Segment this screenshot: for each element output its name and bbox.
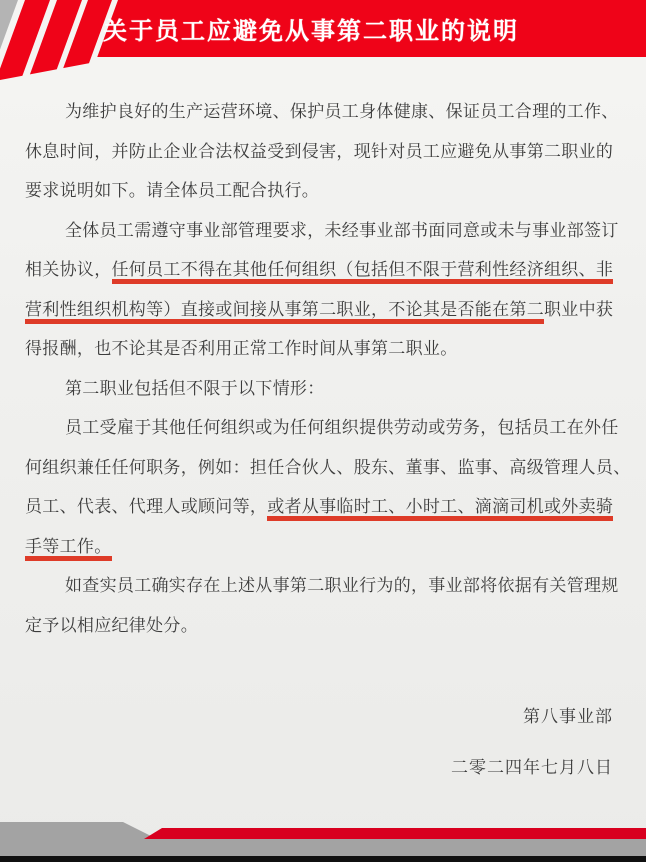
underlined-text: 或者从事临时工、小时工、滴滴司机或外卖骑: [267, 497, 613, 521]
text-run: 全体员工需遵守事业部管理要求，未经事业部书面同意或未与事业部签订: [65, 221, 619, 240]
doc-line: 员工受雇于其他任何组织或为任何组织提供劳动或劳务，包括员工在外任: [25, 408, 613, 448]
doc-line: 得报酬，也不论其是否利用正常工作时间从事第二职业。: [25, 329, 613, 369]
doc-line: 要求说明如下。请全体员工配合执行。: [25, 171, 613, 211]
text-run: 为维护良好的生产运营环境、保护员工身体健康、保证员工合理的工作、: [65, 102, 619, 121]
doc-line: 为维护良好的生产运营环境、保护员工身体健康、保证员工合理的工作、: [25, 92, 613, 132]
text-run: 员工、代表、代理人或顾问等，: [25, 497, 267, 516]
signature-department: 第八事业部: [25, 697, 613, 736]
doc-line: 定予以相应纪律处分。: [25, 606, 613, 646]
doc-line: 营利性组织机构等）直接或间接从事第二职业，不论其是否能在第二职业中获: [25, 290, 613, 330]
footer-black-bar: [0, 856, 646, 862]
doc-line: 全体员工需遵守事业部管理要求，未经事业部书面同意或未与事业部签订: [25, 211, 613, 251]
doc-line: 何组织兼任任何职务，例如：担任合伙人、股东、董事、监事、高级管理人员、: [25, 448, 613, 488]
text-run: 要求说明如下。请全体员工配合执行。: [25, 181, 319, 200]
text-run: 定予以相应纪律处分。: [25, 616, 198, 635]
text-run: 如查实员工确实存在上述从事第二职业行为的，事业部将依据有关管理规: [65, 576, 619, 595]
text-run: 第二职业包括但不限于以下情形：: [65, 379, 325, 398]
doc-line: 如查实员工确实存在上述从事第二职业行为的，事业部将依据有关管理规: [25, 566, 613, 606]
signature-date: 二零二四年七月八日: [25, 748, 613, 787]
text-run: 何组织兼任任何职务，例如：担任合伙人、股东、董事、监事、高级管理人员、: [25, 458, 631, 477]
text-run: 职业中获: [544, 300, 613, 319]
doc-line: 相关协议，任何员工不得在其他任何组织（包括但不限于营利性经济组织、非: [25, 250, 613, 290]
doc-line: 员工、代表、代理人或顾问等，或者从事临时工、小时工、滴滴司机或外卖骑: [25, 487, 613, 527]
signature-block: 第八事业部 二零二四年七月八日: [25, 697, 613, 787]
underlined-text: 手等工作。: [25, 537, 112, 561]
footer-gray-wedge: [0, 822, 170, 839]
document-title: 关于员工应避免从事第二职业的说明: [0, 0, 634, 57]
text-run: 休息时间，并防止企业合法权益受到侵害，现针对员工应避免从事第二职业的: [25, 142, 613, 161]
doc-line: 第二职业包括但不限于以下情形：: [25, 369, 613, 409]
doc-line: 休息时间，并防止企业合法权益受到侵害，现针对员工应避免从事第二职业的: [25, 132, 613, 172]
underlined-text: 任何员工不得在其他任何组织（包括但不限于营利性经济组织、非: [112, 260, 614, 284]
document-body: 为维护良好的生产运营环境、保护员工身体健康、保证员工合理的工作、 休息时间，并防…: [25, 92, 613, 645]
text-run: 得报酬，也不论其是否利用正常工作时间从事第二职业。: [25, 339, 458, 358]
text-run: 相关协议，: [25, 260, 112, 279]
underlined-text: 营利性组织机构等）直接或间接从事第二职业，不论其是否能在第二: [25, 300, 544, 324]
text-run: 员工受雇于其他任何组织或为任何组织提供劳动或劳务，包括员工在外任: [65, 418, 619, 437]
doc-line: 手等工作。: [25, 527, 613, 567]
footer-gray-band: [0, 838, 646, 857]
header-banner: 关于员工应避免从事第二职业的说明: [0, 0, 646, 84]
